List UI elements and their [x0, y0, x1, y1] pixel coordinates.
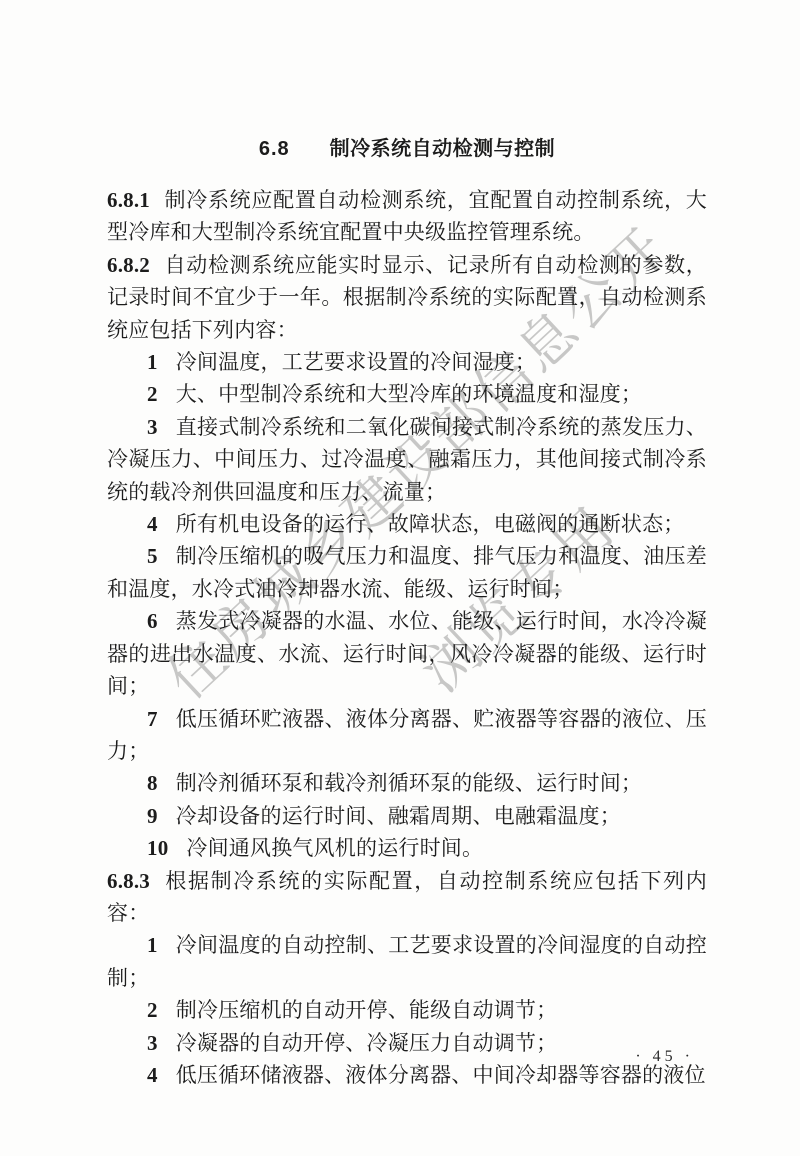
- paragraph-text: 制冷系统应配置自动检测系统，宜配置自动控制系统，大型冷库和大型制冷系统宜配置中央…: [107, 188, 707, 244]
- list-item-paragraph: 3冷凝器的自动开停、冷凝压力自动调节；: [107, 1027, 707, 1059]
- paragraph-text: 冷凝器的自动开停、冷凝压力自动调节；: [176, 1031, 558, 1055]
- list-item-paragraph: 10冷间通风换气风机的运行时间。: [107, 832, 707, 864]
- clause-paragraph: 6.8.2自动检测系统应能实时显示、记录所有自动检测的参数，记录时间不宜少于一年…: [107, 249, 707, 346]
- clause-paragraph: 6.8.3根据制冷系统的实际配置，自动控制系统应包括下列内容：: [107, 865, 707, 930]
- paragraph-text: 直接式制冷系统和二氧化碳间接式制冷系统的蒸发压力、冷凝压力、中间压力、过冷温度、…: [107, 415, 707, 504]
- paragraph-text: 制冷剂循环泵和载冷剂循环泵的能级、运行时间；: [176, 771, 642, 795]
- paragraph-number: 1: [147, 350, 158, 374]
- list-item-paragraph: 1冷间温度，工艺要求设置的冷间湿度；: [107, 346, 707, 378]
- paragraph-number: 6.8.2: [107, 253, 150, 277]
- paragraph-number: 4: [147, 512, 158, 536]
- paragraph-text: 制冷压缩机的自动开停、能级自动调节；: [176, 998, 558, 1022]
- paragraph-text: 低压循环贮液器、液体分离器、贮液器等容器的液位、压力；: [107, 707, 707, 763]
- paragraph-text: 大、中型制冷系统和大型冷库的环境温度和湿度；: [176, 382, 642, 406]
- paragraph-number: 9: [147, 804, 158, 828]
- paragraph-list: 6.8.1制冷系统应配置自动检测系统，宜配置自动控制系统，大型冷库和大型制冷系统…: [107, 184, 707, 1091]
- page-number: · 45 ·: [635, 1048, 694, 1066]
- paragraph-text: 自动检测系统应能实时显示、记录所有自动检测的参数，记录时间不宜少于一年。根据制冷…: [107, 253, 707, 342]
- paragraph-number: 3: [147, 415, 158, 439]
- paragraph-number: 6: [147, 609, 158, 633]
- list-item-paragraph: 7低压循环贮液器、液体分离器、贮液器等容器的液位、压力；: [107, 703, 707, 768]
- paragraph-number: 2: [147, 382, 158, 406]
- paragraph-number: 6.8.1: [107, 188, 150, 212]
- paragraph-text: 冷间温度，工艺要求设置的冷间湿度；: [176, 350, 536, 374]
- list-item-paragraph: 6蒸发式冷凝器的水温、水位、能级、运行时间，水冷冷凝器的进出水温度、水流、运行时…: [107, 605, 707, 702]
- paragraph-number: 6.8.3: [107, 869, 150, 893]
- paragraph-text: 冷间温度的自动控制、工艺要求设置的冷间湿度的自动控制；: [107, 933, 707, 989]
- page-content: 6.8制冷系统自动检测与控制 6.8.1制冷系统应配置自动检测系统，宜配置自动控…: [107, 130, 707, 1091]
- paragraph-number: 7: [147, 707, 158, 731]
- list-item-paragraph: 8制冷剂循环泵和载冷剂循环泵的能级、运行时间；: [107, 767, 707, 799]
- list-item-paragraph: 4低压循环储液器、液体分离器、中间冷却器等容器的液位: [107, 1059, 707, 1091]
- paragraph-number: 4: [147, 1063, 158, 1087]
- paragraph-text: 冷却设备的运行时间、融霜周期、电融霜温度；: [176, 804, 621, 828]
- paragraph-number: 1: [147, 933, 158, 957]
- list-item-paragraph: 2大、中型制冷系统和大型冷库的环境温度和湿度；: [107, 378, 707, 410]
- paragraph-number: 3: [147, 1031, 158, 1055]
- section-title: 制冷系统自动检测与控制: [330, 138, 556, 160]
- paragraph-text: 冷间通风换气风机的运行时间。: [186, 836, 483, 860]
- paragraph-text: 根据制冷系统的实际配置，自动控制系统应包括下列内容：: [107, 869, 707, 925]
- document-page: 住房城乡建设部信息公开 浏览专用 6.8制冷系统自动检测与控制 6.8.1制冷系…: [0, 0, 800, 1156]
- list-item-paragraph: 1冷间温度的自动控制、工艺要求设置的冷间湿度的自动控制；: [107, 929, 707, 994]
- paragraph-number: 2: [147, 998, 158, 1022]
- paragraph-text: 制冷压缩机的吸气压力和温度、排气压力和温度、油压差和温度，水冷式油冷却器水流、能…: [107, 544, 707, 600]
- paragraph-number: 8: [147, 771, 158, 795]
- list-item-paragraph: 4所有机电设备的运行、故障状态，电磁阀的通断状态；: [107, 508, 707, 540]
- list-item-paragraph: 3直接式制冷系统和二氧化碳间接式制冷系统的蒸发压力、冷凝压力、中间压力、过冷温度…: [107, 411, 707, 508]
- paragraph-text: 所有机电设备的运行、故障状态，电磁阀的通断状态；: [176, 512, 685, 536]
- list-item-paragraph: 2制冷压缩机的自动开停、能级自动调节；: [107, 994, 707, 1026]
- list-item-paragraph: 9冷却设备的运行时间、融霜周期、电融霜温度；: [107, 800, 707, 832]
- list-item-paragraph: 5制冷压缩机的吸气压力和温度、排气压力和温度、油压差和温度，水冷式油冷却器水流、…: [107, 540, 707, 605]
- paragraph-number: 5: [147, 544, 158, 568]
- clause-paragraph: 6.8.1制冷系统应配置自动检测系统，宜配置自动控制系统，大型冷库和大型制冷系统…: [107, 184, 707, 249]
- paragraph-number: 10: [147, 836, 168, 860]
- section-heading: 6.8制冷系统自动检测与控制: [107, 136, 707, 162]
- paragraph-text: 低压循环储液器、液体分离器、中间冷却器等容器的液位: [176, 1063, 706, 1087]
- section-number: 6.8: [259, 138, 290, 160]
- paragraph-text: 蒸发式冷凝器的水温、水位、能级、运行时间，水冷冷凝器的进出水温度、水流、运行时间…: [107, 609, 707, 698]
